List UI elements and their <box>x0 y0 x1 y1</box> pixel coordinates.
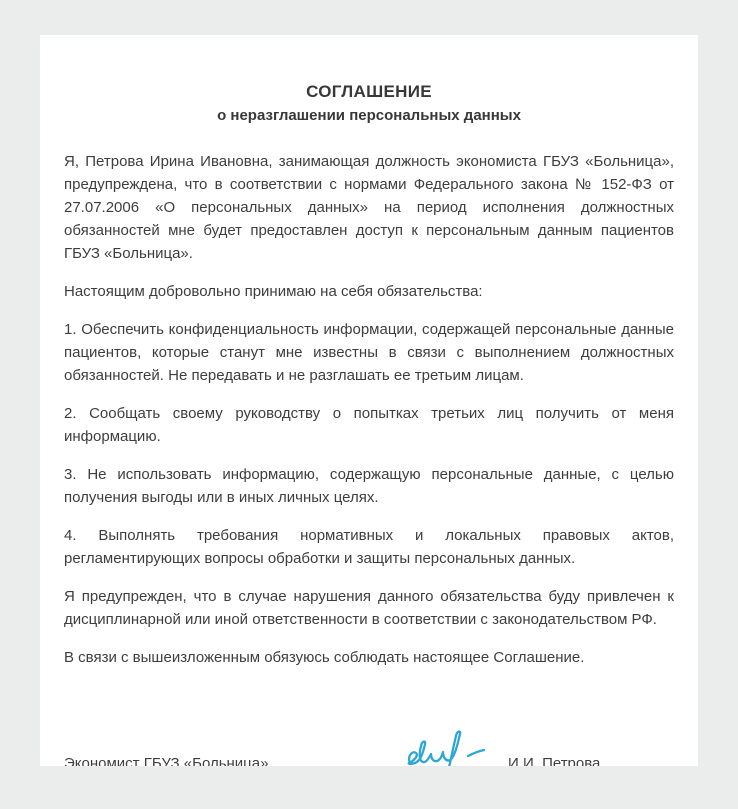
clause-4-paragraph: 4. Выполнять требования нормативных и ло… <box>64 524 674 570</box>
closing-paragraph: В связи с вышеизложенным обязуюсь соблюд… <box>64 646 674 669</box>
liability-paragraph: Я предупрежден, что в случае нарушения д… <box>64 585 674 631</box>
clause-3-paragraph: 3. Не использовать информацию, содержащу… <box>64 463 674 509</box>
document-body: Я, Петрова Ирина Ивановна, занимающая до… <box>64 150 674 669</box>
page-background: СОГЛАШЕНИЕ о неразглашении персональных … <box>0 0 738 809</box>
signature-area: 15.09.2019 <box>404 729 499 766</box>
clause-1-paragraph: 1. Обеспечить конфиденциальность информа… <box>64 318 674 387</box>
document-subtitle: о неразглашении персональных данных <box>64 105 674 126</box>
signer-name: И.И. Петрова <box>508 755 600 766</box>
document-header: СОГЛАШЕНИЕ о неразглашении персональных … <box>64 81 674 126</box>
clause-2-paragraph: 2. Сообщать своему руководству о попытка… <box>64 402 674 448</box>
handwritten-signature-icon <box>404 729 492 766</box>
signer-position-label: Экономист ГБУЗ «Больница» <box>64 755 268 766</box>
document-title: СОГЛАШЕНИЕ <box>64 81 674 103</box>
signature-block: Экономист ГБУЗ «Больница» 15.09.2019 И.И… <box>64 743 674 766</box>
intro-paragraph: Я, Петрова Ирина Ивановна, занимающая до… <box>64 150 674 265</box>
obligations-lead-paragraph: Настоящим добровольно принимаю на себя о… <box>64 280 674 303</box>
document-card: СОГЛАШЕНИЕ о неразглашении персональных … <box>40 35 698 766</box>
